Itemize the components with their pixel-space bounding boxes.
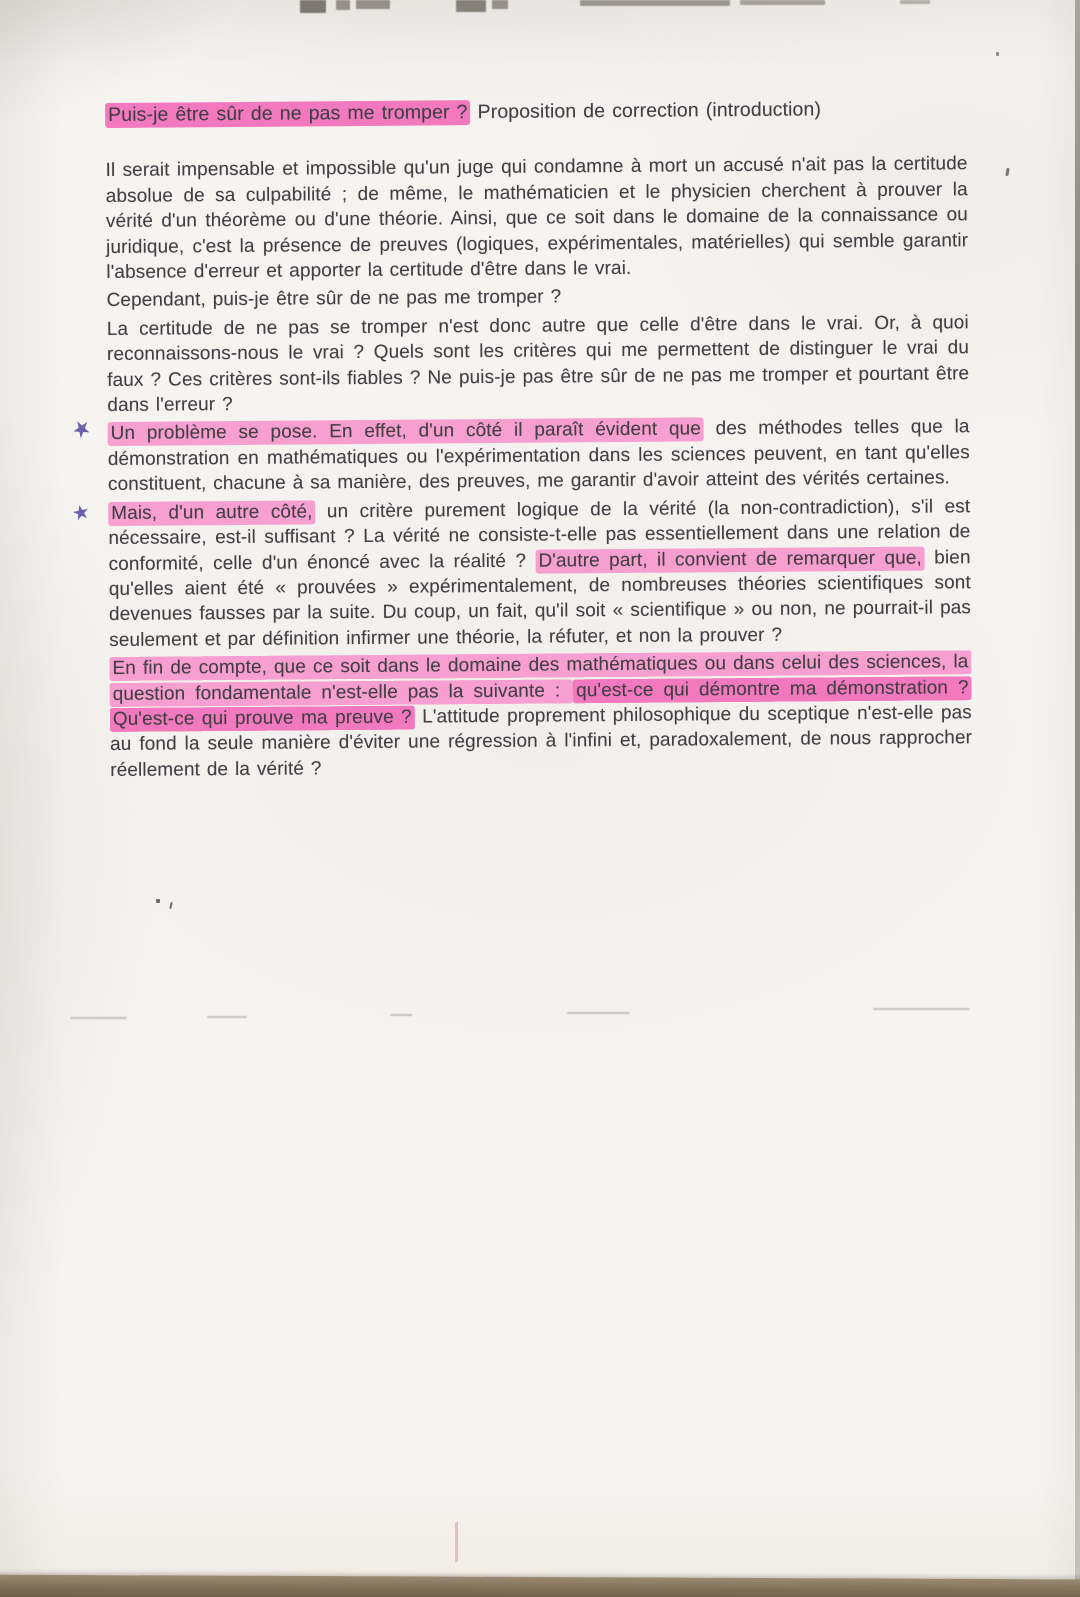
fold-dash [567,1012,630,1014]
top-edge-mark [336,0,350,10]
text-segment: Il serait impensable et impossible qu'un… [105,154,968,283]
document-title: Puis-je être sûr de ne pas me tromper ? … [105,96,967,128]
fold-dash [390,1014,412,1016]
paragraph: En fin de compte, que ce soit dans le do… [109,649,972,783]
scan-edge-right [1075,0,1080,1585]
apostrophe-speck [1005,168,1009,176]
top-edge-mark [300,0,326,13]
top-edge-mark [492,0,508,9]
highlighted-text: D'autre part, il convient de remarquer q… [535,546,925,573]
top-edge-mark [740,0,825,5]
fold-dash [70,1017,127,1019]
paragraph: Il serait impensable et impossible qu'un… [105,152,968,286]
top-edge-mark [356,0,390,9]
table-surface [0,1575,1080,1597]
top-edge-mark [580,0,730,6]
paragraphs-container: Il serait impensable et impossible qu'un… [105,152,972,784]
top-edge-mark [900,0,930,4]
text-segment: Proposition de correction (introduction) [470,98,821,123]
fold-dash [873,1008,970,1010]
paragraph: ★Mais, d'un autre côté, un critère purem… [108,494,971,653]
text-segment: Cependant, puis-je être sûr de ne pas me… [106,287,561,312]
top-edge-mark [456,0,486,12]
highlighted-text: Mais, d'un autre côté, [108,500,315,526]
fold-dash [207,1016,247,1018]
faint-red-mark [455,1522,458,1562]
highlighted-text: Puis-je être sûr de ne pas me tromper ? [105,100,471,128]
star-annotation-icon: ★ [70,501,92,525]
dot-speck [996,52,999,56]
paragraph: La certitude de ne pas se tromper n'est … [107,310,970,418]
ink-dot-mark [156,899,160,903]
highlighted-text: Un problème se pose. En effet, d'un côté… [108,418,704,447]
document-content: Puis-je être sûr de ne pas me tromper ? … [105,96,972,783]
paragraph: Cependant, puis-je être sûr de ne pas me… [106,282,968,314]
ink-comma-mark [169,902,172,909]
star-annotation-icon: ★ [68,414,94,444]
text-segment: La certitude de ne pas se tromper n'est … [107,312,970,416]
paragraph: ★Un problème se pose. En effet, d'un côt… [108,415,971,498]
